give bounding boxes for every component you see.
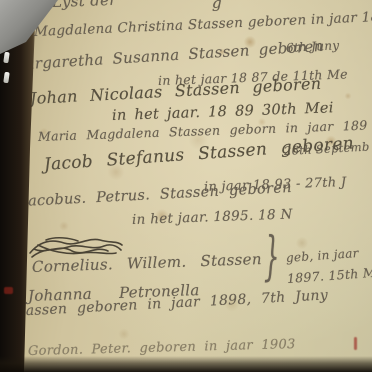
page-title-fragment: Lyst der: [52, 0, 117, 11]
entry-jacobus-petrus: Jacobus. Petrus. Stassen geboren: [22, 180, 293, 210]
bottom-shadow: [0, 356, 372, 372]
page-title-fragment-right: g: [212, 0, 222, 12]
entry-brace: }: [264, 229, 280, 289]
entry-magdalena-christina: Magdalena Christina Stassen geboren in j…: [34, 8, 372, 40]
entry-gordon-peter: Gordon. Peter. geboren in jaar 1903: [28, 337, 296, 359]
entry-cornelius-willem-date: 1897. 15th M: [286, 265, 372, 286]
spine-highlight: [3, 72, 9, 84]
register-page-photo: Lyst der g Magdalena Christina Stassen g…: [0, 0, 372, 372]
red-stain: [354, 337, 357, 350]
red-stain: [4, 287, 13, 294]
entry-cornelius-willem-note: geb, in jaar: [286, 246, 360, 265]
entry-jacobus-petrus-date: in het jaar. 1895. 18 N: [132, 206, 293, 228]
